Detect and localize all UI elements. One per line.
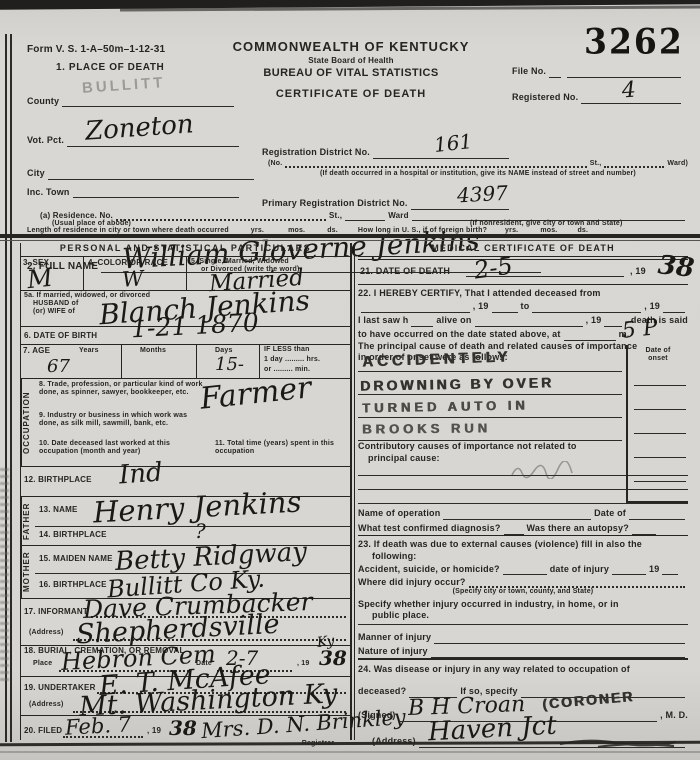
title-block: COMMONWEALTH OF KENTUCKY State Board of …: [218, 39, 484, 101]
occupation-relation-block: 24. Was disease or injury in any way rel…: [358, 660, 688, 748]
cause-text-2: DROWNING BY OVER: [360, 374, 554, 393]
operation-label: Name of operation: [358, 508, 440, 520]
where-injury-row: Where did injury occur?: [358, 575, 688, 588]
race-cell: 4. COLOR OR RACE W: [84, 257, 187, 291]
precinct-row: Vot. Pct. Zoneton: [27, 135, 242, 147]
filed-year-value: 38: [169, 718, 197, 738]
date-of-death-row: 21. DATE OF DEATH 2-5 , 19 38: [358, 260, 688, 285]
cause-line-1: ACCIDENTELY: [358, 349, 622, 372]
age-years-cell: 7. AGE Years 67: [21, 345, 122, 379]
external-label-1: 23. If death was due to external causes …: [358, 536, 688, 551]
county-label: County: [27, 96, 59, 108]
less-than-label-1: IF LESS than: [264, 346, 310, 354]
certificate-number-stamp: 3262: [584, 21, 684, 62]
signed-address-value: Haven Jct: [427, 712, 557, 745]
informant-label: 17. INFORMANT: [24, 607, 88, 617]
filed-label: 20. FILED: [24, 726, 62, 736]
blank-line: [632, 531, 656, 535]
certify-block: 22. I HEREBY CERTIFY, That I attended de…: [358, 285, 688, 349]
dob-row: 6. DATE OF BIRTH 1-21 1870: [21, 327, 350, 344]
death-time-value: 5 P: [621, 317, 659, 343]
blank-dots: [285, 163, 586, 168]
less-than-label-2: 1 day ......... hrs.: [264, 356, 320, 364]
registration-district-row: Registration District No. 161: [262, 147, 512, 159]
blank-line: [504, 531, 524, 535]
undertaker-address-label: (Address): [29, 701, 63, 709]
sex-cell: 3. SEX M: [21, 257, 84, 291]
autopsy-label: Was there an autopsy?: [527, 523, 629, 535]
father-birthplace-label: 14. BIRTHPLACE: [39, 530, 107, 540]
inc-town-row: Inc. Town: [27, 187, 242, 199]
father-birthplace-value: ?: [195, 521, 206, 541]
nature-injury-row: Nature of injury: [358, 645, 688, 658]
primary-district-label: Primary Registration District No.: [262, 198, 408, 210]
city-row: City: [27, 168, 257, 180]
onset-label-1: Date of: [628, 345, 688, 355]
cause-of-death-area: Date of onset ACCIDENTELY DROWNING BY OV…: [358, 349, 688, 439]
certify-19-c: , 19: [586, 315, 602, 327]
title-board: State Board of Health: [218, 56, 484, 66]
blank-line: [634, 433, 686, 434]
county-value: Bullitt: [82, 75, 166, 96]
primary-district-value: 4397: [457, 183, 509, 206]
nature-injury-label: Nature of injury: [358, 646, 428, 658]
father-vertical-label: FATHER: [21, 497, 35, 545]
autopsy-row: What test confirmed diagnosis? Was there…: [358, 520, 688, 535]
file-no-row: File No.: [512, 66, 684, 78]
birthplace-value: Ind: [118, 460, 163, 489]
rule: [35, 526, 350, 527]
margin-smudge-text: [0, 468, 9, 683]
mother-birthplace-label: 16. BIRTHPLACE: [39, 580, 107, 590]
date-of-death-value: 2-5: [473, 253, 515, 282]
form-number: Form V. S. 1-A–50m–1-12-31: [27, 43, 165, 56]
death-year-value: 38: [657, 252, 696, 282]
age-years-value: 67: [47, 358, 70, 376]
blank-line: [634, 385, 686, 386]
cause-text-3: TURNED AUTO IN: [362, 398, 529, 416]
blank-line: [663, 309, 685, 313]
mother-maiden-label: 15. MAIDEN NAME: [39, 554, 113, 564]
total-time-label: 11. Total time (years) spent in this occ…: [215, 440, 345, 457]
cause-line-2: DROWNING BY OVER: [358, 372, 622, 395]
accident-label: Accident, suicide, or homicide?: [358, 564, 500, 576]
blank-line: [503, 571, 547, 575]
informant-rows: 17. INFORMANT Dave Crumbacker (Address) …: [21, 599, 350, 646]
registered-no-row: Registered No. 4: [512, 92, 684, 104]
industry-label: 9. Industry or business in which work wa…: [39, 412, 209, 429]
filed-date-value: Feb. 7: [64, 714, 131, 738]
father-name-label: 13. NAME: [39, 505, 78, 515]
accident-row: Accident, suicide, or homicide? date of …: [358, 562, 688, 575]
file-no-label: File No.: [512, 66, 546, 78]
burial-year-19: , 19: [297, 660, 309, 668]
deceased-label: deceased?: [358, 686, 406, 698]
registration-district-label: Registration District No.: [262, 147, 370, 159]
months-label: Months: [140, 347, 166, 355]
hospital-hint: (If death occurred in a hospital or inst…: [266, 170, 690, 178]
medical-heading: MEDICAL CERTIFICATE OF DEATH: [358, 243, 688, 256]
residence-ward-label: Ward: [388, 211, 409, 221]
blank-line: [358, 624, 688, 625]
manner-injury-label: Manner of injury: [358, 632, 431, 644]
occurred-at-label: to have occurred on the date stated abov…: [358, 329, 561, 341]
blank-dots: [604, 163, 664, 168]
primary-district-row: Primary Registration District No. 4397: [262, 198, 512, 210]
last-worked-label: 10. Date deceased last worked at this oc…: [39, 440, 189, 457]
section-divider-rule: [0, 234, 700, 238]
filed-year-19: , 19: [147, 726, 161, 736]
external-label-2: following:: [358, 551, 688, 563]
blank-line: [361, 309, 470, 313]
personal-particulars-column: PERSONAL AND STATISTICAL PARTICULARS 3. …: [20, 243, 350, 740]
form-left-border-inner: [10, 34, 12, 742]
certify-line-1: 22. I HEREBY CERTIFY, That I attended de…: [358, 285, 688, 300]
blank-line: [345, 217, 385, 221]
certify-19-b: , 19: [644, 301, 660, 313]
illegible-scrawl: [508, 461, 578, 479]
trade-label: 8. Trade, profession, or particular kind…: [39, 381, 209, 398]
city-street-ward-hint: (No. St., Ward): [268, 160, 688, 168]
cause-line-3: TURNED AUTO IN: [358, 395, 622, 418]
informant-address-label: (Address): [29, 629, 63, 637]
test-label: What test confirmed diagnosis?: [358, 523, 501, 535]
blank-line: [431, 654, 685, 658]
death-year-19: , 19: [630, 266, 646, 278]
undertaker-rows: 19. UNDERTAKER E. T. McAfee (Address) Mt…: [21, 677, 350, 716]
registration-district-value: 161: [433, 131, 473, 155]
blank-line: [564, 337, 616, 341]
medical-certificate-column: MEDICAL CERTIFICATE OF DEATH 21. DATE OF…: [358, 243, 688, 740]
occupation-content: 8. Trade, profession, or particular kind…: [35, 379, 350, 466]
onset-label-2: onset: [628, 355, 688, 363]
certify-19-a: , 19: [473, 301, 489, 313]
blank-line: [358, 503, 688, 504]
dob-label: 6. DATE OF BIRTH: [24, 331, 97, 341]
dob-value: 1-21 1870: [130, 310, 259, 342]
column-divider: [350, 243, 355, 740]
title-commonwealth: COMMONWEALTH OF KENTUCKY: [218, 39, 484, 56]
city-no-hint: (No.: [268, 160, 282, 168]
operation-row: Name of operation Date of: [358, 505, 688, 520]
residence-st-label: St.,: [329, 211, 342, 221]
signed-label: (Signed): [358, 710, 396, 722]
date-of-onset-box: Date of onset: [626, 345, 688, 503]
blank-line: [612, 571, 646, 575]
burial-place-label: Place: [33, 660, 52, 668]
cause-text-1: ACCIDENTELY: [362, 348, 512, 370]
blank-line: [567, 74, 681, 78]
certify-line-4: to have occurred on the date stated abov…: [358, 327, 688, 341]
signed-address-row: (Address) Haven Jct: [358, 728, 688, 748]
certify-line-2: , 19 to , 19: [358, 300, 688, 313]
cause-text-4: BROOKS RUN: [362, 420, 491, 436]
external-causes-block: 23. If death was due to external causes …: [358, 536, 688, 660]
mother-vertical-label: MOTHER: [21, 546, 35, 598]
age-months-cell: Months: [122, 345, 197, 379]
personal-heading: PERSONAL AND STATISTICAL PARTICULARS: [21, 243, 350, 257]
blank-line: [634, 481, 686, 482]
age-days-value: 15-: [215, 356, 244, 374]
county-row: County Bullitt: [27, 96, 237, 108]
blank-line: [634, 409, 686, 410]
title-bureau: BUREAU OF VITAL STATISTICS: [218, 66, 484, 80]
manner-injury-row: Manner of injury: [358, 631, 688, 644]
cause-line-4: BROOKS RUN: [358, 418, 622, 441]
age-days-cell: Days 15-: [197, 345, 260, 379]
alive-on-label: alive on: [436, 315, 471, 327]
last-saw-label: I last saw h: [358, 315, 408, 327]
specify-city-hint: (Specify city or town, county, and State…: [358, 588, 688, 596]
date-of-death-label: 21. DATE OF DEATH: [360, 266, 450, 278]
signed-address-label: (Address): [372, 736, 416, 748]
city-ward-hint: Ward): [667, 160, 688, 168]
blank-line: [634, 457, 686, 458]
title-certificate: CERTIFICATE OF DEATH: [218, 87, 484, 101]
where-injury-label: Where did injury occur?: [358, 577, 466, 589]
blank-line: [434, 640, 685, 644]
occupation-group: OCCUPATION 8. Trade, profession, or part…: [21, 379, 350, 467]
md-label: , M. D.: [660, 710, 688, 722]
blank-line: [532, 309, 641, 313]
blank-line: [629, 516, 685, 520]
blank-line: [492, 309, 518, 313]
registered-no-label: Registered No.: [512, 92, 578, 104]
sex-value: M: [26, 265, 54, 293]
specify-where-label-2: public place.: [358, 610, 688, 622]
blank-line: [662, 571, 678, 575]
blank-line: [73, 194, 239, 198]
operation-date-label: Date of: [594, 508, 626, 520]
injury-19-label: 19: [649, 564, 659, 576]
scanned-death-certificate: 3262 Form V. S. 1-A–50m–1-12-31 1. PLACE…: [0, 0, 700, 760]
precinct-value: Zoneton: [84, 112, 194, 146]
blank-line: [443, 516, 591, 520]
signature-flourish: [558, 736, 678, 750]
spouse-label-3: (or) WIFE of: [33, 308, 75, 316]
burial-year-value: 38: [319, 648, 347, 668]
age-label: 7. AGE: [23, 346, 50, 356]
relation-label-1: 24. Was disease or injury in any way rel…: [358, 660, 688, 676]
blank-dots: [116, 216, 326, 221]
precinct-label: Vot. Pct.: [27, 135, 64, 147]
occupation-vertical-label: OCCUPATION: [21, 379, 35, 466]
trade-value: Farmer: [199, 373, 313, 414]
section-divider-rule-thin: [0, 240, 700, 241]
blank-line: [62, 103, 234, 107]
registrar-label: Registrar.: [302, 740, 336, 748]
blank-line: [549, 74, 561, 78]
filed-row: 20. FILED Feb. 7 , 19 38 Mrs. D. N. Brin…: [21, 716, 350, 750]
inc-town-label: Inc. Town: [27, 187, 70, 199]
race-value: W: [121, 268, 144, 290]
injury-date-label: date of injury: [550, 564, 609, 576]
specify-where-label-1: Specify whether injury occurred in indus…: [358, 597, 688, 611]
city-st-hint: St.,: [590, 160, 602, 168]
scan-edge-bottom-faint: [0, 751, 700, 753]
certify-to: to: [521, 301, 530, 313]
registered-no-value: 4: [621, 80, 637, 103]
place-of-death-heading: 1. PLACE OF DEATH: [56, 61, 164, 74]
blank-line: [48, 176, 254, 180]
operation-rows: Name of operation Date of What test conf…: [358, 505, 688, 536]
city-label: City: [27, 168, 45, 180]
years-label: Years: [79, 347, 99, 355]
birthplace-label: 12. BIRTHPLACE: [24, 475, 92, 485]
